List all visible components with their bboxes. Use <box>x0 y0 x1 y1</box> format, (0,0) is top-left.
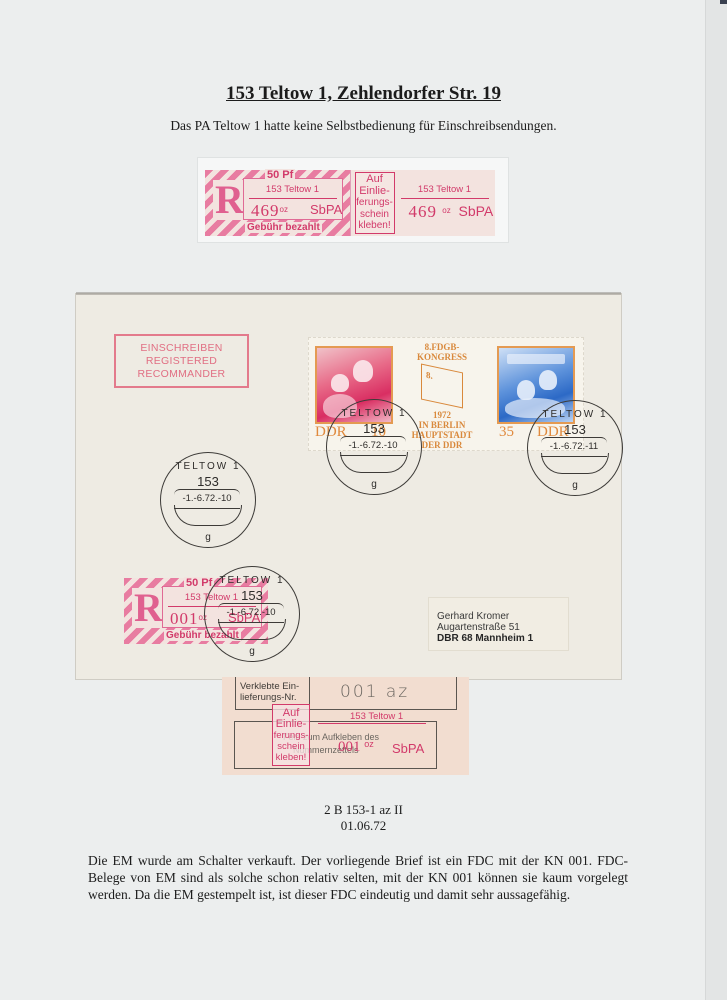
em-stub-number: 469 oz <box>409 202 451 222</box>
postmark: TELTOW 1 153 -1.-6.72.-11 g <box>527 400 623 496</box>
em-stub-office: 153 Teltow 1 <box>399 184 491 195</box>
em-label-main: R 50 Pf 153 Teltow 1 469oz SbPA Gebühr b… <box>205 170 351 236</box>
catalog-reference: 2 B 153-1 az II 01.06.72 <box>0 802 727 834</box>
stamp-value: 35 <box>499 424 514 441</box>
em-agency: SbPA <box>310 202 342 217</box>
album-page-edge <box>705 0 727 1000</box>
registered-letter: R <box>132 588 165 628</box>
registration-receipt: Verklebte Ein- lieferungs-Nr. 001 az Fel… <box>222 677 469 775</box>
em-number: 469oz <box>251 201 288 221</box>
receipt-office: 153 Teltow 1 <box>350 711 403 722</box>
receipt-notice-box: Auf Einlie- ferungs- schein kleben! <box>272 704 310 766</box>
em-notice-box: Auf Einlie- ferungs- schein kleben! <box>355 172 395 234</box>
catalog-date: 01.06.72 <box>0 818 727 834</box>
catalog-number: 2 B 153-1 az II <box>0 802 727 818</box>
registered-letter: R <box>213 180 246 220</box>
receipt-number: 001 oz <box>338 739 374 756</box>
page-subtitle: Das PA Teltow 1 hatte keine Selbstbedien… <box>0 118 727 134</box>
flag-icon: 8. <box>421 364 463 409</box>
registered-handstamp: EINSCHREIBEN REGISTERED RECOMMANDER <box>114 334 249 388</box>
postmark: TELTOW 1 153 -1.-6.72.-10 g <box>160 452 256 548</box>
em-number: 001oz <box>170 609 207 629</box>
receipt-handwritten-number: 001 az <box>310 677 456 709</box>
address-label: Gerhard Kromer Augartenstraße 51 DBR 68 … <box>428 597 569 651</box>
receipt-agency: SbPA <box>392 741 424 756</box>
em-registration-label: R 50 Pf 153 Teltow 1 469oz SbPA Gebühr b… <box>205 170 495 236</box>
em-fee-paid: Gebühr bezahlt <box>245 222 322 233</box>
em-stub-agency: SbPA <box>459 203 494 219</box>
em-label-stub: Auf Einlie- ferungs- schein kleben! 153 … <box>351 170 496 236</box>
em-value: 50 Pf <box>265 169 295 181</box>
em-office: 153 Teltow 1 <box>245 184 340 195</box>
description-text: Die EM wurde am Schalter verkauft. Der v… <box>88 852 628 903</box>
postmark: TELTOW 1 153 -1.-6.72.-10 g <box>204 566 300 662</box>
postmark: TELTOW 1 153 -1.-6.72.-10 g <box>326 399 422 495</box>
cover-envelope: EINSCHREIBEN REGISTERED RECOMMANDER DDR … <box>76 294 621 679</box>
page-title: 153 Teltow 1, Zehlendorfer Str. 19 <box>0 83 727 105</box>
